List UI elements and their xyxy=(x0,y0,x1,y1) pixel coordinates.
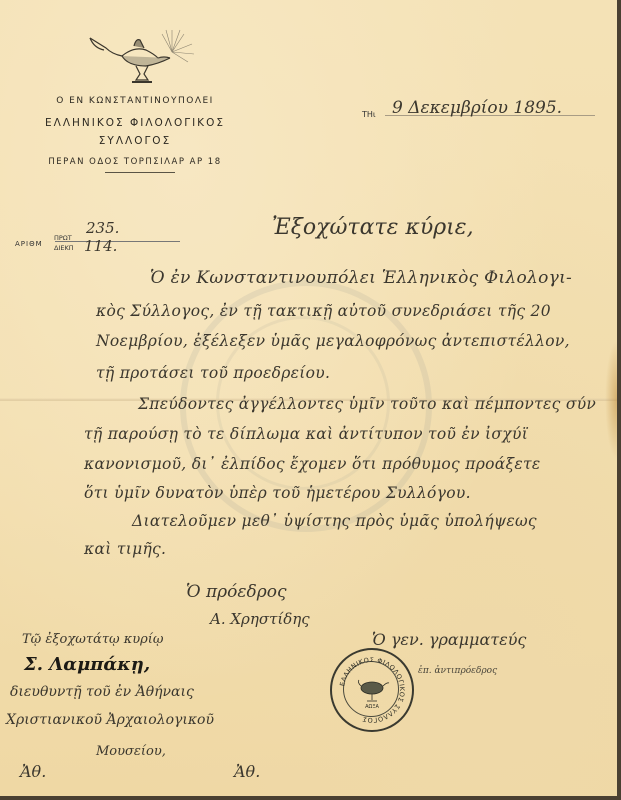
letterhead-line-1: Ο ΕΝ ΚΩΝΣΤΑΝΤΙΝΟΥΠΟΛΕΙ xyxy=(20,96,250,106)
body-line: Νοεμβρίου, ἐξέλεξεν ὑμᾶς μεγαλοφρόνως ἀν… xyxy=(96,332,570,350)
body-line: Σπεύδοντες ἀγγέλλοντες ὑμῖν τοῦτο καὶ πέ… xyxy=(138,395,596,413)
body-line: καὶ τιμῆς. xyxy=(84,540,166,558)
letterhead-divider xyxy=(105,172,175,173)
dispatch-label: ΔΙΕΚΠ xyxy=(54,244,74,252)
president-signature: Α. Χρηστίδης xyxy=(210,610,310,628)
svg-text:ΑΩΞΑ: ΑΩΞΑ xyxy=(365,704,379,710)
salutation: Ἐξοχώτατε κύριε, xyxy=(272,215,474,240)
date-value: 9 Δεκεμβρίου 1895. xyxy=(392,98,610,118)
dispatch-number: 114. xyxy=(84,237,117,255)
body-line: τῇ προτάσει τοῦ προεδρείου. xyxy=(96,364,330,382)
recipient-line-5: Μουσείου, xyxy=(96,744,166,759)
reference-number-line xyxy=(55,241,180,242)
letterhead-society-word: ΣΥΛΛΟΓΟΣ xyxy=(20,135,250,147)
date-label: ΤΗι xyxy=(362,110,376,119)
body-line: ὅτι ὑμῖν δυνατὸν ὑπὲρ τοῦ ἡμετέρου Συλλό… xyxy=(84,484,471,502)
body-line: Διατελοῦμεν μεθ᾽ ὑψίστης πρὸς ὑμᾶς ὑπολή… xyxy=(132,512,537,530)
body-line: τῇ παρούσῃ τὸ τε δίπλωμα καὶ ἀντίτυπον τ… xyxy=(84,425,528,443)
paper-stain xyxy=(605,340,617,460)
recipient-name: Σ. Λαμπάκῃ, xyxy=(24,654,150,675)
recipient-initials-right: Ἀθ. xyxy=(234,762,260,781)
body-line: Ὁ ἐν Κωνσταντινουπόλει Ἑλληνικὸς Φιλολογ… xyxy=(150,268,572,288)
recipient-line-3: διευθυντῇ τοῦ ἐν Ἀθήναις xyxy=(10,684,194,700)
oil-lamp-icon xyxy=(88,28,198,90)
letterhead-address: ΠΕΡΑΝ ΟΔΟΣ ΤΟΡΠΣΙΛΑΡ ΑΡ 18 xyxy=(20,157,250,167)
reference-number-label: ΑΡΙΘΜ xyxy=(15,240,43,248)
recipient-initials-left: Ἀθ. xyxy=(20,762,46,781)
protocol-number: 235. xyxy=(86,219,119,237)
society-seal: ΕΛΛΗΝΙΚΟΣ ΦΙΛΟΛΟΓΙΚΟΣ ΣΥΛΛΟΓΟΣ ΑΩΞΑ xyxy=(330,648,414,732)
seal-emblem: ΕΛΛΗΝΙΚΟΣ ΦΙΛΟΛΟΓΙΚΟΣ ΣΥΛΛΟΓΟΣ ΑΩΞΑ xyxy=(332,650,412,730)
letterhead-society-name: ΕΛΛΗΝΙΚΟΣ ΦΙΛΟΛΟΓΙΚΟΣ xyxy=(20,117,250,129)
body-line: κανονισμοῦ, δι᾽ ἐλπίδος ἔχομεν ὅτι πρόθυ… xyxy=(84,455,540,473)
president-title: Ὁ πρόεδρος xyxy=(186,582,287,602)
recipient-line-1: Τῷ ἐξοχωτάτῳ κυρίῳ xyxy=(22,632,164,647)
recipient-line-4: Χριστιανικοῦ Ἀρχαιολογικοῦ xyxy=(6,712,214,728)
body-line: κὸς Σύλλογος, ἐν τῇ τακτικῇ αὐτοῦ συνεδρ… xyxy=(96,302,551,320)
letter-page: Ο ΕΝ ΚΩΝΣΤΑΝΤΙΝΟΥΠΟΛΕΙ ΕΛΛΗΝΙΚΟΣ ΦΙΛΟΛΟΓ… xyxy=(0,0,621,800)
secretary-title: Ὁ γεν. γραμματεύς xyxy=(372,630,526,649)
secretary-note: ἐπ. ἀντιπρόεδρος xyxy=(418,666,497,676)
